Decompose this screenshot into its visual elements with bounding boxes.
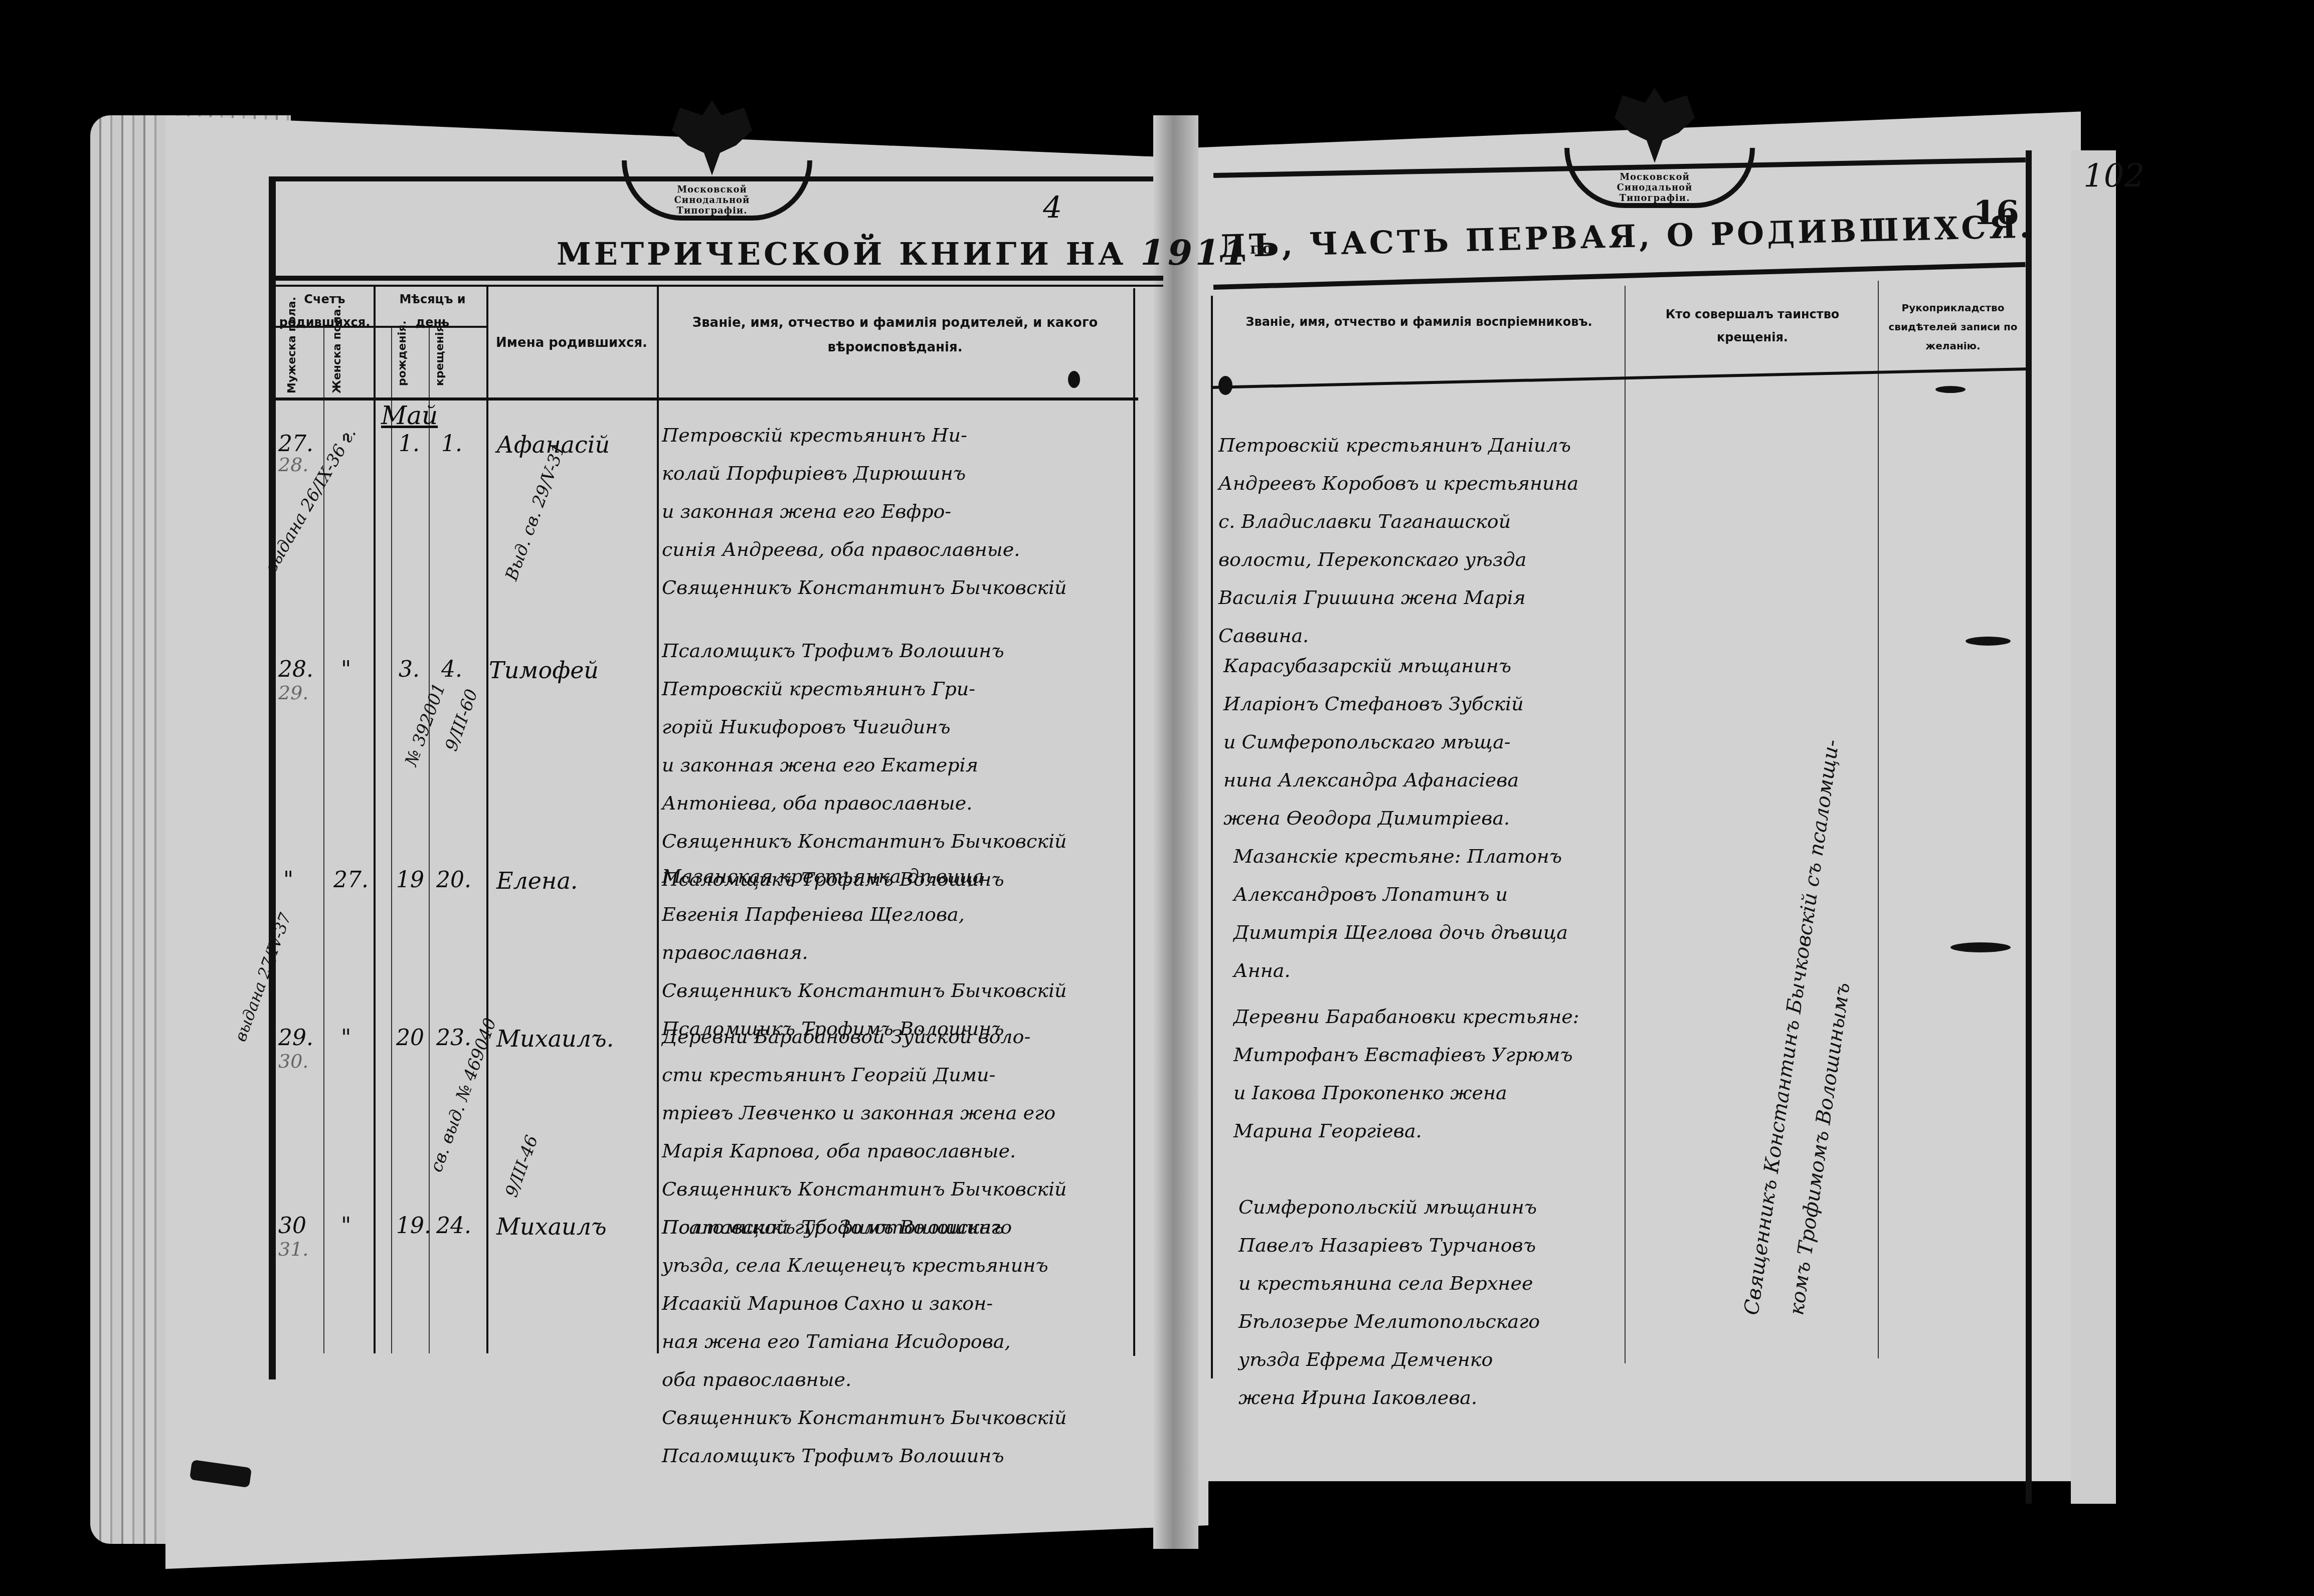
godparents-line: Деревни Барабановки крестьяне: <box>1233 997 1579 1036</box>
next-page-edge <box>2071 150 2116 1504</box>
godparents-entry: Деревни Барабановки крестьяне: Митрофанъ… <box>1233 997 1579 1150</box>
parents-line: православная. <box>662 933 1067 971</box>
godparents-line: Марина Георгіева. <box>1233 1112 1579 1150</box>
book-title-left: МЕТРИЧЕСКОЙ КНИГИ НА 1911го <box>557 232 1275 273</box>
parents-line: Священникъ Константинъ Бычковскій <box>662 568 1067 607</box>
godparents-line: Бѣлозерье Мелитопольскаго <box>1238 1302 1540 1340</box>
parents-line: Исаакій Маринов Сахно и закон- <box>662 1284 1067 1322</box>
godparents-line: и Симферопольскаго мѣща- <box>1223 723 1524 761</box>
godparents-line: жена Өеодора Димитріева. <box>1223 799 1524 837</box>
birth-day: 1. <box>399 431 420 457</box>
child-name: Елена. <box>496 867 578 894</box>
godparents-entry: Мазанскіе крестьяне: Платонъ Александров… <box>1233 837 1568 989</box>
header-bottom-rule <box>276 397 1138 401</box>
parents-line: Евгенія Парфеніева Щеглова, <box>662 895 1067 933</box>
godparents-line: жена Ирина Іаковлева. <box>1238 1378 1540 1417</box>
parents-line: тріевъ Левченко и законная жена его <box>662 1094 1067 1132</box>
baptism-day: 24. <box>436 1213 471 1239</box>
birth-day: 19 <box>396 867 424 893</box>
header-date-baptism: крещенія. <box>434 321 446 386</box>
ink-stain <box>1068 371 1080 388</box>
godparents-line: Александровъ Лопатинъ и <box>1233 875 1568 913</box>
godparents-entry: Петровскій крестьянинъ Даніилъ Андреевъ … <box>1218 426 1578 655</box>
female-count: " <box>341 1025 351 1051</box>
male-count-corrected: 31. <box>278 1238 308 1260</box>
parents-line: оба православные. <box>662 1360 1067 1399</box>
male-count: " <box>283 867 293 893</box>
folio-number: 102 <box>2083 158 2145 195</box>
baptism-day: 20. <box>436 867 471 893</box>
parents-line: и законная жена его Екатерія <box>662 746 1067 784</box>
godparents-line: Анна. <box>1233 951 1568 989</box>
parents-line: Священникъ Константинъ Бычковскій <box>662 1399 1067 1437</box>
parents-line: горій Никифоровъ Чигидинъ <box>662 708 1067 746</box>
male-count-corrected: 30. <box>278 1050 308 1072</box>
parents-line: Полтавской губ. Золотоношскаго <box>662 1208 1067 1246</box>
parents-line: Мазанская крестьянка дѣвица <box>662 857 1067 895</box>
col-divider <box>1625 286 1626 1363</box>
male-count: 27. <box>278 431 313 457</box>
parents-line: Священникъ Константинъ Бычковскій <box>662 1170 1067 1208</box>
birth-day: 3. <box>399 657 420 682</box>
parents-line: сти крестьянинъ Георгій Дими- <box>662 1056 1067 1094</box>
col-divider <box>657 286 659 1353</box>
ink-stain <box>1950 942 2011 952</box>
page-number: 16 <box>1973 193 2019 232</box>
godparents-line: Павелъ Назаріевъ Турчановъ <box>1238 1226 1540 1264</box>
male-count: 29. <box>278 1025 313 1051</box>
header-officiant: Кто совершалъ таинство крещенія. <box>1630 303 1875 349</box>
godparents-line: Митрофанъ Евстафіевъ Угрюмъ <box>1233 1036 1579 1074</box>
col-divider <box>1878 281 1879 1358</box>
month-label: Май <box>381 401 438 430</box>
col-divider <box>374 286 376 1353</box>
parents-line: Деревни Барабановой Зуйской воло- <box>662 1018 1067 1056</box>
header-date-birth: рожденія. <box>396 320 409 386</box>
col-divider <box>429 326 430 1353</box>
ink-stain <box>1966 637 2011 646</box>
header-parents: Званіе, имя, отчество и фамилія родителе… <box>662 311 1128 360</box>
ink-stain <box>1218 376 1232 395</box>
header-count-female: Женска пола. <box>331 305 343 393</box>
header-count-male: Мужеска пола. <box>286 297 298 393</box>
godparents-line: Димитрія Щеглова дочь дѣвица <box>1233 913 1568 951</box>
parents-line: Антоніева, оба православные. <box>662 784 1067 822</box>
birth-day: 19. <box>396 1213 431 1239</box>
header-witnesses: Рукоприкладство свидѣтелей записи по жел… <box>1880 298 2026 355</box>
godparents-line: и Іакова Прокопенко жена <box>1233 1074 1579 1112</box>
child-name: Михаилъ <box>496 1213 607 1240</box>
title-rule-left <box>271 276 1163 281</box>
ink-stain <box>1935 386 1966 393</box>
col-divider <box>1211 296 1213 1378</box>
godparents-line: Мазанскіе крестьяне: Платонъ <box>1233 837 1568 875</box>
child-name: Михаилъ. <box>496 1025 614 1052</box>
parents-line: Псаломщикъ Трофимъ Волошинъ <box>662 1437 1067 1475</box>
col-divider <box>486 286 488 1353</box>
parents-text: Полтавской губ. Золотоношскаго уѣзда, се… <box>662 1208 1067 1475</box>
godparents-line: Симферопольскій мѣщанинъ <box>1238 1188 1540 1226</box>
parents-line: ная жена его Татіана Исидорова, <box>662 1322 1067 1360</box>
baptism-day: 1. <box>441 431 462 457</box>
baptism-day: 4. <box>441 657 462 682</box>
col-divider <box>391 326 392 1353</box>
parents-line: Священникъ Константинъ Бычковскій <box>662 822 1067 860</box>
female-count: 27. <box>333 867 369 893</box>
parents-text: Петровскій крестьянинъ Ни- колай Порфирі… <box>662 416 1067 607</box>
printer-ribbon-text: Московской Синодальной Типографіи. <box>1584 172 1725 204</box>
godparents-entry: Карасубазарскій мѣщанинъ Иларіонъ Стефан… <box>1223 647 1524 837</box>
col-divider <box>1133 288 1135 1356</box>
title-rule-left-thin <box>271 285 1163 287</box>
godparents-line: Василія Гришина жена Марія <box>1218 578 1578 617</box>
godparents-line: уѣзда Ефрема Демченко <box>1238 1340 1540 1378</box>
male-count: 28. <box>278 657 313 682</box>
godparents-entry: Симферопольскій мѣщанинъ Павелъ Назаріев… <box>1238 1188 1540 1417</box>
female-count: " <box>341 657 351 682</box>
godparents-line: Карасубазарскій мѣщанинъ <box>1223 647 1524 685</box>
male-count-corrected: 29. <box>278 682 308 704</box>
birth-day: 20 <box>396 1025 424 1051</box>
top-mark: 4 <box>1043 190 1062 226</box>
godparents-line: Андреевъ Коробовъ и крестьянина <box>1218 464 1578 502</box>
godparents-line: с. Владиславки Таганашской <box>1218 502 1578 540</box>
godparents-line: и крестьянина села Верхнее <box>1238 1264 1540 1302</box>
parents-line: Псаломщикъ Трофимъ Волошинъ <box>662 632 1067 670</box>
header-names: Имена родившихся. <box>489 331 654 355</box>
top-rule-left <box>271 176 1153 181</box>
parents-line: Петровскій крестьянинъ Гри- <box>662 670 1067 708</box>
godparents-line: Петровскій крестьянинъ Даніилъ <box>1218 426 1578 464</box>
child-name: Тимофей <box>489 657 599 684</box>
baptism-day: 23. <box>436 1025 471 1051</box>
godparents-line: нина Александра Афанасіева <box>1223 761 1524 799</box>
male-count: 30 <box>278 1213 306 1239</box>
parents-line: и законная жена его Евфро- <box>662 492 1067 530</box>
godparents-line: волости, Перекопскаго уѣзда <box>1218 540 1578 578</box>
male-count-corrected: 28. <box>278 454 308 476</box>
female-count: " <box>341 1213 351 1239</box>
parents-line: Священникъ Константинъ Бычковскій <box>662 971 1067 1010</box>
parents-line: колай Порфиріевъ Дирюшинъ <box>662 454 1067 492</box>
parents-line: Петровскій крестьянинъ Ни- <box>662 416 1067 454</box>
parents-line: уѣзда, села Клещенецъ крестьянинъ <box>662 1246 1067 1284</box>
right-page-frame <box>2026 150 2032 1504</box>
parents-line: синія Андреева, оба православные. <box>662 530 1067 568</box>
parents-line: Марія Карпова, оба православные. <box>662 1132 1067 1170</box>
header-godparents: Званіе, имя, отчество и фамилія воспріем… <box>1218 311 1620 334</box>
imperial-eagle-emblem-right: Московской Синодальной Типографіи. <box>1564 88 1745 203</box>
godparents-line: Иларіонъ Стефановъ Зубскій <box>1223 685 1524 723</box>
metric-book-spread: Московской Синодальной Типографіи. Моско… <box>0 0 2314 1596</box>
